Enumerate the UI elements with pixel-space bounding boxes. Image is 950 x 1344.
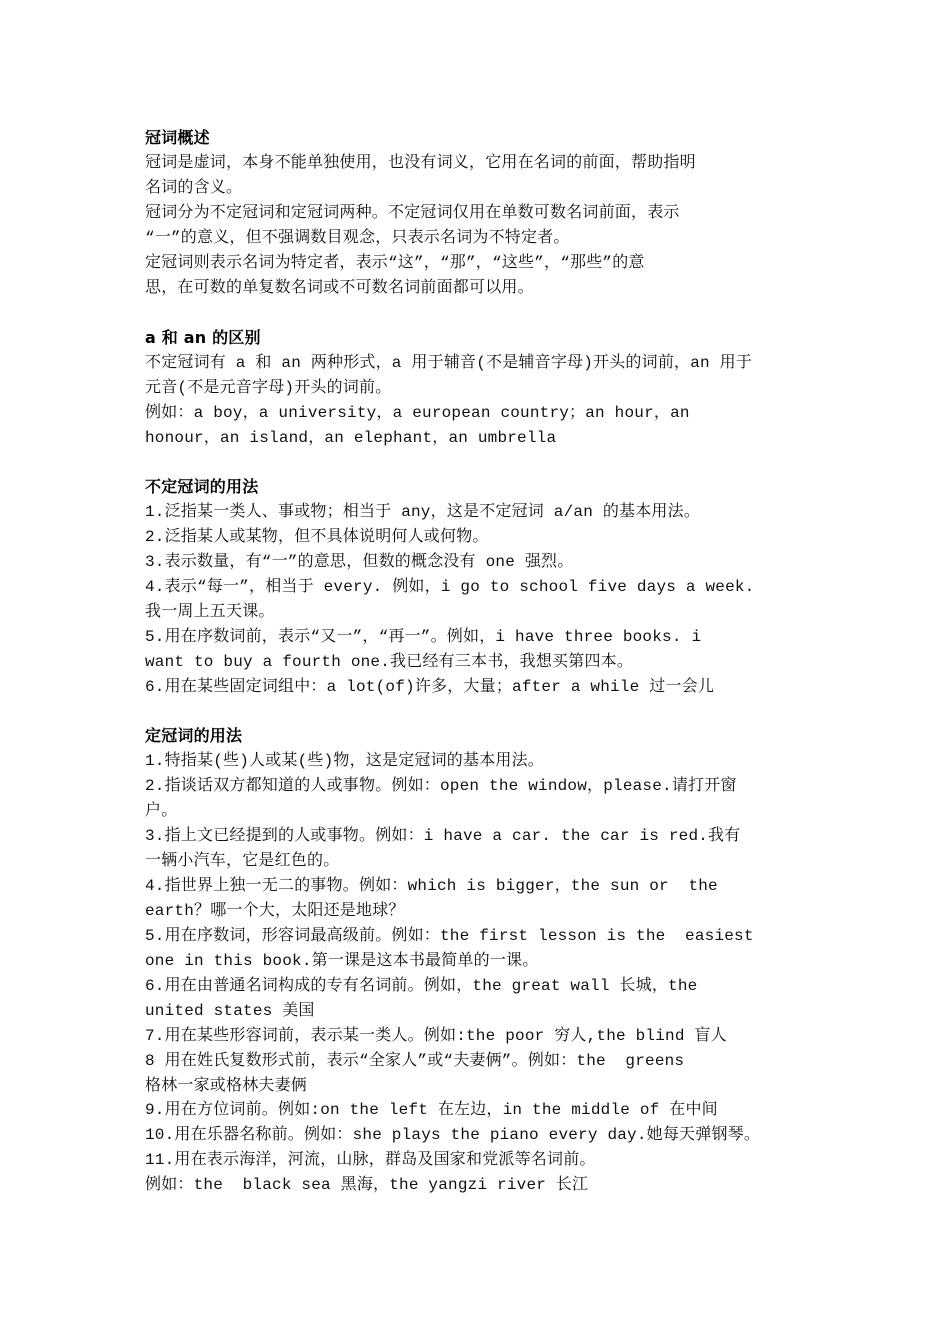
section-heading: a 和 an 的区别 xyxy=(145,328,261,348)
section-heading: 不定冠词的用法 xyxy=(145,477,258,497)
list-item: united states 美国 xyxy=(145,1001,315,1021)
paragraph-line: 冠词是虚词，本身不能单独使用，也没有词义，它用在名词的前面，帮助指明 xyxy=(145,153,696,173)
list-item: want to buy a fourth one.我已经有三本书，我想买第四本。 xyxy=(145,652,633,672)
list-item: 5.用在序数词，形容词最高级前。例如：the first lesson is t… xyxy=(145,926,754,946)
paragraph-line: 不定冠词有 a 和 an 两种形式，a 用于辅音(不是辅音字母)开头的词前，an… xyxy=(145,353,752,373)
paragraph-line: 定冠词则表示名词为特定者，表示“这”，“那”，“这些”，“那些”的意 xyxy=(145,253,645,273)
list-item: 1.特指某(些)人或某(些)物，这是定冠词的基本用法。 xyxy=(145,751,544,771)
paragraph-line: 名词的含义。 xyxy=(145,178,242,198)
list-item: 我一周上五天课。 xyxy=(145,602,275,622)
paragraph-line: 例如：a boy，a university，a european country… xyxy=(145,403,690,423)
list-item: 9.用在方位词前。例如:on the left 在左边，in the middl… xyxy=(145,1100,718,1120)
list-item: 8 用在姓氏复数形式前，表示“全家人”或“夫妻俩”。例如：the greens xyxy=(145,1051,684,1071)
list-item: 户。 xyxy=(145,801,177,821)
list-item: 3.表示数量，有“一”的意思，但数的概念没有 one 强烈。 xyxy=(145,552,573,572)
list-item: 4.指世界上独一无二的事物。例如：which is bigger，the sun… xyxy=(145,876,718,896)
paragraph-line: honour，an island，an elephant，an umbrella xyxy=(145,428,556,448)
list-item: 一辆小汽车，它是红色的。 xyxy=(145,851,339,871)
list-item: 格林一家或格林夫妻俩 xyxy=(145,1076,307,1096)
list-item: 1.泛指某一类人、事或物；相当于 any，这是不定冠词 a/an 的基本用法。 xyxy=(145,502,700,522)
list-item: 6.用在某些固定词组中：a lot(of)许多，大量；after a while… xyxy=(145,677,714,697)
list-item: 11.用在表示海洋，河流，山脉，群岛及国家和党派等名词前。 xyxy=(145,1150,596,1170)
list-item: 2.指谈话双方都知道的人或事物。例如：open the window，pleas… xyxy=(145,776,737,796)
paragraph-line: 思，在可数的单复数名词或不可数名词前面都可以用。 xyxy=(145,278,534,298)
section-heading: 定冠词的用法 xyxy=(145,726,242,746)
paragraph-line: 元音(不是元音字母)开头的词前。 xyxy=(145,378,391,398)
list-item: 7.用在某些形容词前，表示某一类人。例如:the poor 穷人,the bli… xyxy=(145,1026,727,1046)
list-item: 3.指上文已经提到的人或事物。例如：i have a car. the car … xyxy=(145,826,740,846)
list-item: 10.用在乐器名称前。例如：she plays the piano every … xyxy=(145,1125,760,1145)
list-item: one in this book.第一课是这本书最简单的一课。 xyxy=(145,951,538,971)
list-item: 2.泛指某人或某物，但不具体说明何人或何物。 xyxy=(145,527,489,547)
list-item: earth？哪一个大，太阳还是地球？ xyxy=(145,901,405,921)
list-item: 例如：the black sea 黑海，the yangzi river 长江 xyxy=(145,1175,588,1195)
paragraph-line: 冠词分为不定冠词和定冠词两种。不定冠词仅用在单数可数名词前面，表示 xyxy=(145,203,680,223)
section-heading: 冠词概述 xyxy=(145,128,210,148)
list-item: 4.表示“每一”，相当于 every. 例如，i go to school fi… xyxy=(145,577,754,597)
paragraph-line: “一”的意义，但不强调数目观念，只表示名词为不特定者。 xyxy=(145,228,570,248)
list-item: 6.用在由普通名词构成的专有名词前。例如，the great wall 长城，t… xyxy=(145,976,697,996)
list-item: 5.用在序数词前，表示“又一”，“再一”。例如，i have three boo… xyxy=(145,627,701,647)
document-page: 冠词概述 冠词是虚词，本身不能单独使用，也没有词义，它用在名词的前面，帮助指明 … xyxy=(0,0,950,1344)
